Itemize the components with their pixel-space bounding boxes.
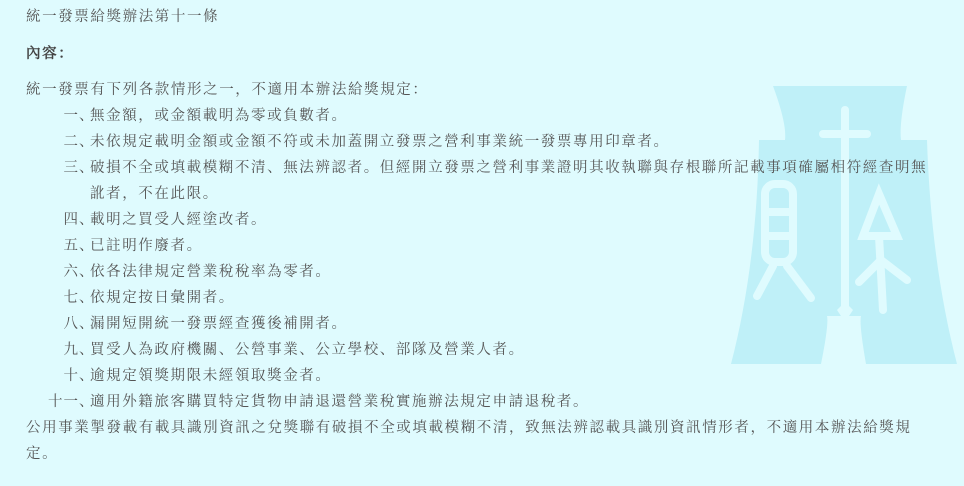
item-number: 一	[26, 103, 79, 129]
item-text: 買受人為政府機關、公營事業、公立學校、部隊及營業人者。	[90, 337, 941, 363]
item-number: 七	[26, 285, 79, 311]
item-number: 九	[26, 337, 79, 363]
item-separator: 、	[79, 311, 90, 337]
item-number: 十一	[26, 389, 79, 415]
item-separator: 、	[79, 337, 90, 363]
list-item: 三 、 破損不全或填載模糊不清、無法辨認者。但經開立發票之營利事業證明其收執聯與…	[26, 155, 941, 207]
item-number: 二	[26, 129, 79, 155]
item-text: 逾規定領獎期限未經領取獎金者。	[90, 363, 941, 389]
content-label: 內容：	[26, 41, 941, 67]
item-text: 破損不全或填載模糊不清、無法辨認者。但經開立發票之營利事業證明其收執聯與存根聯所…	[90, 155, 941, 207]
list-item: 十一 、 適用外籍旅客購買特定貨物申請退還營業稅實施辦法規定申請退稅者。	[26, 389, 941, 415]
list-item: 一 、 無金額，或金額載明為零或負數者。	[26, 103, 941, 129]
list-item: 十 、 逾規定領獎期限未經領取獎金者。	[26, 363, 941, 389]
item-number: 八	[26, 311, 79, 337]
item-separator: 、	[79, 363, 90, 389]
item-text: 適用外籍旅客購買特定貨物申請退還營業稅實施辦法規定申請退稅者。	[90, 389, 941, 415]
item-text: 漏開短開統一發票經查獲後補開者。	[90, 311, 941, 337]
item-separator: 、	[79, 129, 90, 155]
list-item: 六 、 依各法律規定營業稅稅率為零者。	[26, 259, 941, 285]
footer-paragraph: 公用事業掣發載有載具識別資訊之兌獎聯有破損不全或填載模糊不清，致無法辨認載具識別…	[26, 415, 941, 467]
intro-paragraph: 統一發票有下列各款情形之一，不適用本辦法給獎規定：	[26, 77, 941, 103]
item-text: 已註明作廢者。	[90, 233, 941, 259]
item-separator: 、	[79, 259, 90, 285]
item-number: 六	[26, 259, 79, 285]
item-separator: 、	[79, 207, 90, 233]
item-text: 依各法律規定營業稅稅率為零者。	[90, 259, 941, 285]
item-number: 四	[26, 207, 79, 233]
item-text: 無金額，或金額載明為零或負數者。	[90, 103, 941, 129]
list-item: 八 、 漏開短開統一發票經查獲後補開者。	[26, 311, 941, 337]
item-separator: 、	[79, 155, 90, 207]
article-content: 統一發票給獎辦法第十一條 內容： 統一發票有下列各款情形之一，不適用本辦法給獎規…	[26, 4, 941, 467]
item-separator: 、	[79, 233, 90, 259]
list-item: 四 、 載明之買受人經塗改者。	[26, 207, 941, 233]
list-item: 二 、 未依規定載明金額或金額不符或未加蓋開立發票之營利事業統一發票專用印章者。	[26, 129, 941, 155]
article-title: 統一發票給獎辦法第十一條	[26, 4, 941, 30]
item-text: 載明之買受人經塗改者。	[90, 207, 941, 233]
item-separator: 、	[79, 103, 90, 129]
item-number: 五	[26, 233, 79, 259]
list-item: 七 、 依規定按日彙開者。	[26, 285, 941, 311]
item-number: 三	[26, 155, 79, 207]
list-item: 五 、 已註明作廢者。	[26, 233, 941, 259]
item-text: 未依規定載明金額或金額不符或未加蓋開立發票之營利事業統一發票專用印章者。	[90, 129, 941, 155]
item-separator: 、	[79, 389, 90, 415]
list-item: 九 、 買受人為政府機關、公營事業、公立學校、部隊及營業人者。	[26, 337, 941, 363]
exclusion-list: 一 、 無金額，或金額載明為零或負數者。 二 、 未依規定載明金額或金額不符或未…	[26, 103, 941, 415]
item-number: 十	[26, 363, 79, 389]
item-separator: 、	[79, 285, 90, 311]
item-text: 依規定按日彙開者。	[90, 285, 941, 311]
